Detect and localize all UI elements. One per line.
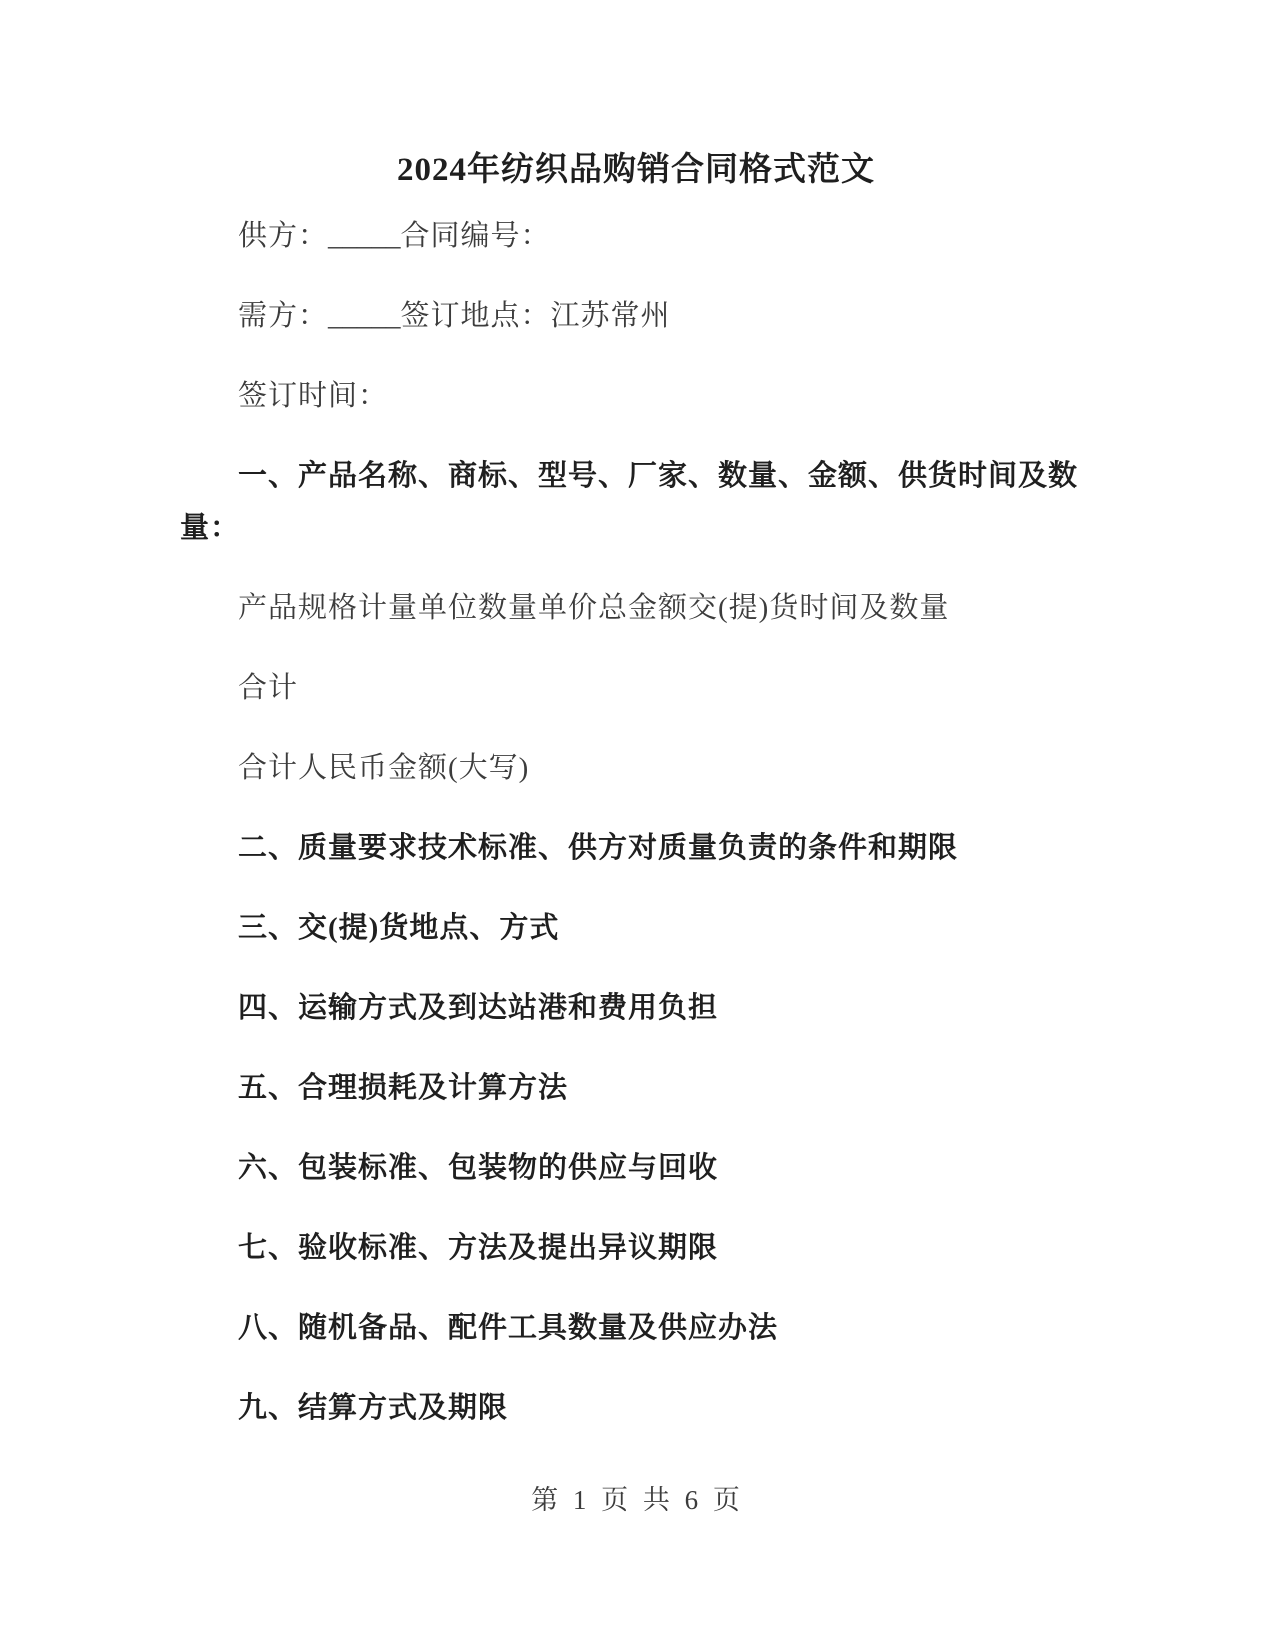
- document-title: 2024年纺织品购销合同格式范文: [180, 148, 1092, 192]
- signing-time-line: 签订时间：: [180, 370, 1092, 422]
- section-6-heading: 六、包装标准、包装物的供应与回收: [180, 1142, 1092, 1194]
- document-content: 2024年纺织品购销合同格式范文 供方：_____合同编号： 需方：_____签…: [180, 148, 1092, 1462]
- section-7-heading: 七、验收标准、方法及提出异议期限: [180, 1222, 1092, 1274]
- product-spec-header-line: 产品规格计量单位数量单价总金额交(提)货时间及数量: [180, 582, 1092, 634]
- section-5-heading: 五、合理损耗及计算方法: [180, 1062, 1092, 1114]
- section-1-heading-line2: 量：: [180, 502, 1092, 554]
- buyer-label: 需方：: [238, 300, 328, 332]
- supplier-line: 供方：_____合同编号：: [180, 210, 1092, 262]
- section-4-heading: 四、运输方式及到达站港和费用负担: [180, 982, 1092, 1034]
- document-page: 2024年纺织品购销合同格式范文 供方：_____合同编号： 需方：_____签…: [0, 0, 1275, 1650]
- buyer-line: 需方：_____签订地点：江苏常州: [180, 290, 1092, 342]
- supplier-blank-field: _____: [328, 220, 401, 252]
- section-2-heading: 二、质量要求技术标准、供方对质量负责的条件和期限: [180, 822, 1092, 874]
- section-1-heading-line1: 一、产品名称、商标、型号、厂家、数量、金额、供货时间及数: [180, 450, 1092, 502]
- section-9-heading: 九、结算方式及期限: [180, 1382, 1092, 1434]
- page-number-footer: 第 1 页 共 6 页: [0, 1478, 1275, 1517]
- section-8-heading: 八、随机备品、配件工具数量及供应办法: [180, 1302, 1092, 1354]
- total-line: 合计: [180, 662, 1092, 714]
- contract-number-label: 合同编号：: [401, 220, 551, 252]
- signing-place-label: 签订地点：江苏常州: [401, 300, 671, 332]
- buyer-blank-field: _____: [328, 300, 401, 332]
- total-amount-in-words-line: 合计人民币金额(大写): [180, 742, 1092, 794]
- section-3-heading: 三、交(提)货地点、方式: [180, 902, 1092, 954]
- supplier-label: 供方：: [238, 220, 328, 252]
